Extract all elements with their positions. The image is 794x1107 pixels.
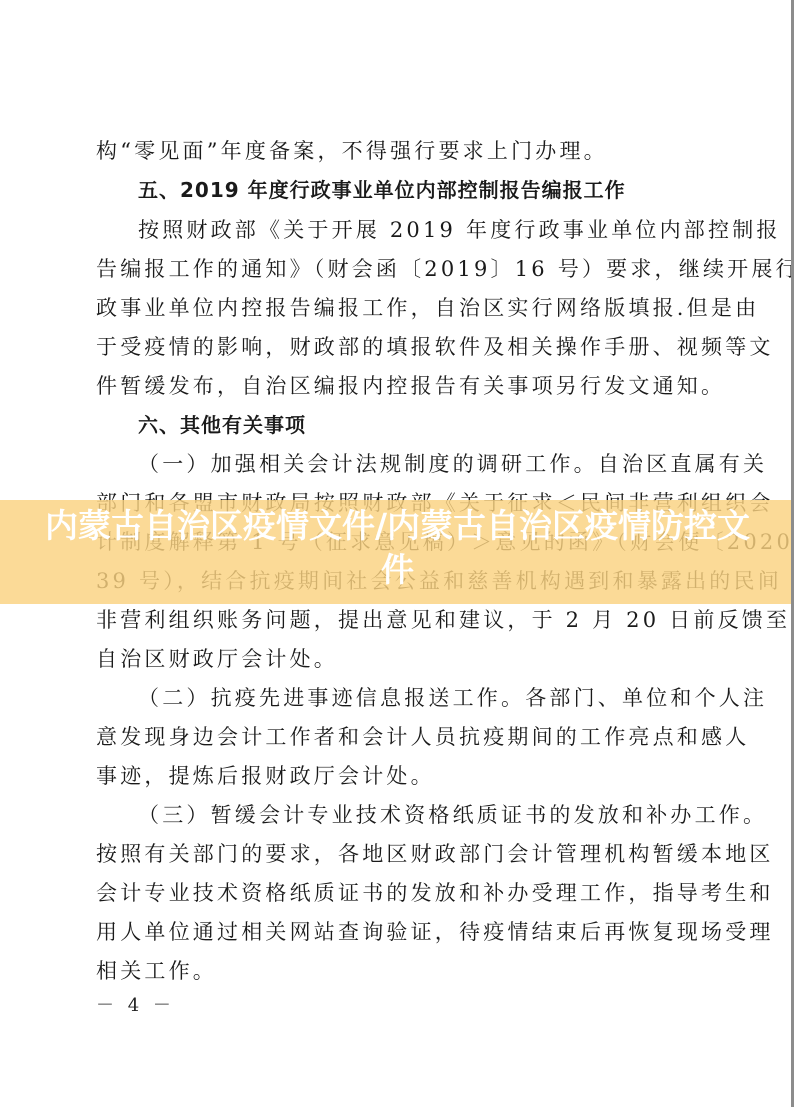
page-number: － 4 －	[96, 992, 175, 1020]
text-line: （三）暂缓会计专业技术资格纸质证书的发放和补办工作。	[138, 796, 690, 835]
text-line: 非营利组织账务问题，提出意见和建议，于 2 月 20 日前反馈至	[96, 601, 690, 640]
text-line: 事迹，提炼后报财政厅会计处。	[96, 757, 690, 796]
text-line: 相关工作。	[96, 952, 690, 991]
text-line: 告编报工作的通知》（财会函〔2019〕16 号）要求，继续开展行	[96, 250, 690, 289]
section-heading-6: 六、其他有关事项	[138, 406, 690, 445]
text-line: 自治区财政厅会计处。	[96, 640, 690, 679]
text-line: （二）抗疫先进事迹信息报送工作。各部门、单位和个人注	[138, 679, 690, 718]
text-line: 意发现身边会计工作者和会计人员抗疫期间的工作亮点和感人	[96, 718, 690, 757]
text-line: 按照有关部门的要求，各地区财政部门会计管理机构暂缓本地区	[96, 835, 690, 874]
text-line: 政事业单位内控报告编报工作，自治区实行网络版填报.但是由	[96, 289, 690, 328]
banner-title: 内蒙古自治区疫情文件/内蒙古自治区疫情防控文件	[40, 504, 755, 592]
text-line: 按照财政部《关于开展 2019 年度行政事业单位内部控制报	[138, 211, 690, 250]
text-line: 于受疫情的影响，财政部的填报软件及相关操作手册、视频等文	[96, 328, 690, 367]
text-line: 会计专业技术资格纸质证书的发放和补办受理工作，指导考生和	[96, 874, 690, 913]
text-line: （一）加强相关会计法规制度的调研工作。自治区直属有关	[138, 445, 690, 484]
text-line: 构“零见面”年度备案，不得强行要求上门办理。	[96, 132, 690, 171]
text-line: 用人单位通过相关网站查询验证，待疫情结束后再恢复现场受理	[96, 913, 690, 952]
section-heading-5: 五、2019 年度行政事业单位内部控制报告编报工作	[138, 171, 690, 210]
text-line: 件暂缓发布，自治区编报内控报告有关事项另行发文通知。	[96, 367, 690, 406]
